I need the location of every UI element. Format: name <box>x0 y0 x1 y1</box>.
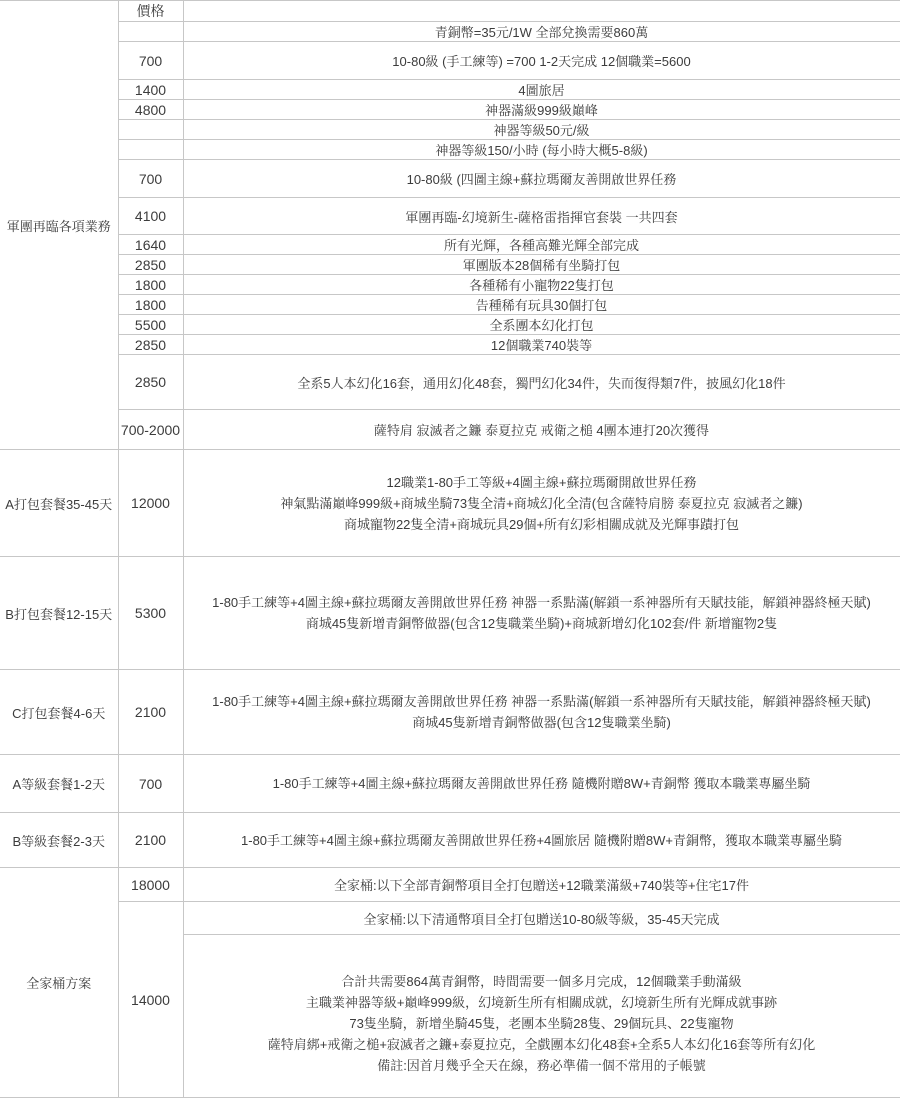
category-cell-family[interactable]: 全家桶方案 <box>0 868 118 1098</box>
price-cell[interactable]: 2850 <box>118 335 183 355</box>
price-cell[interactable]: 14000 <box>118 902 183 1098</box>
price-cell[interactable]: 4100 <box>118 198 183 235</box>
category-cell-level-a[interactable]: A等級套餐1-2天 <box>0 755 118 813</box>
price-cell[interactable]: 700 <box>118 755 183 813</box>
desc-cell[interactable]: 1-80手工練等+4圖主線+蘇拉瑪爾友善開啟世界任務+4圖旅居 隨機附贈8W+青… <box>183 813 900 868</box>
desc-line: 商城45隻新增青銅幣做器(包含12隻職業坐騎) <box>186 712 898 733</box>
price-cell[interactable]: 5500 <box>118 315 183 335</box>
price-cell[interactable]: 4800 <box>118 100 183 120</box>
category-cell-pack-b[interactable]: B打包套餐12-15天 <box>0 557 118 670</box>
category-cell-legion[interactable]: 軍團再臨各項業務 <box>0 1 118 450</box>
desc-line: 1-80手工練等+4圖主線+蘇拉瑪爾友善開啟世界任務+4圖旅居 隨機附贈8W+青… <box>186 830 898 851</box>
price-cell[interactable]: 5300 <box>118 557 183 670</box>
price-header-cell[interactable]: 價格 <box>118 1 183 22</box>
desc-cell[interactable]: 神器等級50元/級 <box>183 120 900 140</box>
desc-line: 主職業神器等級+巔峰999級，幻境新生所有相關成就，幻境新生所有光輝成就事跡 <box>186 992 898 1013</box>
price-cell[interactable]: 1640 <box>118 235 183 255</box>
desc-cell[interactable]: 各種稀有小寵物22隻打包 <box>183 275 900 295</box>
price-cell[interactable]: 700-2000 <box>118 410 183 450</box>
desc-cell[interactable]: 1-80手工練等+4圖主線+蘇拉瑪爾友善開啟世界任務 神器一系點滿(解鎖一系神器… <box>183 670 900 755</box>
desc-line: 備註:因首月幾乎全天在線，務必準備一個不常用的子帳號 <box>186 1055 898 1076</box>
price-cell[interactable]: 2850 <box>118 355 183 410</box>
desc-line: 73隻坐騎，新增坐騎45隻，老團本坐騎28隻、29個玩具、22隻寵物 <box>186 1013 898 1034</box>
desc-cell[interactable]: 全家桶:以下全部青銅幣項目全打包贈送+12職業滿級+740裝等+住宅17件 <box>183 868 900 902</box>
desc-cell[interactable]: 10-80級 (四圖主線+蘇拉瑪爾友善開啟世界任務 <box>183 160 900 198</box>
desc-cell[interactable]: 1-80手工練等+4圖主線+蘇拉瑪爾友善開啟世界任務 隨機附贈8W+青銅幣 獲取… <box>183 755 900 813</box>
desc-cell[interactable]: 全系團本幻化打包 <box>183 315 900 335</box>
desc-cell[interactable]: 全系5人本幻化16套，通用幻化48套，獨門幻化34件，失而復得類7件，披風幻化1… <box>183 355 900 410</box>
price-cell[interactable]: 1400 <box>118 80 183 100</box>
price-cell[interactable] <box>118 120 183 140</box>
price-cell[interactable]: 700 <box>118 42 183 80</box>
desc-cell[interactable]: 青銅幣=35元/1W 全部兌換需要860萬 <box>183 22 900 42</box>
category-cell-pack-c[interactable]: C打包套餐4-6天 <box>0 670 118 755</box>
desc-cell[interactable]: 神器等級150/小時 (每小時大概5-8級) <box>183 140 900 160</box>
price-sheet: 軍團再臨各項業務 價格 青銅幣=35元/1W 全部兌換需要860萬 700 10… <box>0 0 900 1098</box>
price-cell[interactable]: 1800 <box>118 295 183 315</box>
desc-cell[interactable]: 4圖旅居 <box>183 80 900 100</box>
price-cell[interactable]: 18000 <box>118 868 183 902</box>
desc-cell[interactable]: 軍團版本28個稀有坐騎打包 <box>183 255 900 275</box>
desc-line: 12職業1-80手工等級+4圖主線+蘇拉瑪爾開啟世界任務 <box>186 472 898 493</box>
desc-line: 1-80手工練等+4圖主線+蘇拉瑪爾友善開啟世界任務 神器一系點滿(解鎖一系神器… <box>186 691 898 712</box>
desc-cell[interactable]: 10-80級 (手工練等) =700 1-2天完成 12個職業=5600 <box>183 42 900 80</box>
desc-header-cell[interactable] <box>183 1 900 22</box>
desc-cell[interactable]: 12個職業740裝等 <box>183 335 900 355</box>
desc-cell[interactable]: 告種稀有玩具30個打包 <box>183 295 900 315</box>
price-cell[interactable]: 2100 <box>118 813 183 868</box>
desc-line: 1-80手工練等+4圖主線+蘇拉瑪爾友善開啟世界任務 神器一系點滿(解鎖一系神器… <box>186 592 898 613</box>
desc-line: 薩特肩綁+戒衛之槌+寂滅者之鐮+泰夏拉克，全戲團本幻化48套+全系5人本幻化16… <box>186 1034 898 1055</box>
desc-line: 合計共需要864萬青銅幣，時間需要一個多月完成，12個職業手動滿級 <box>186 971 898 992</box>
desc-cell[interactable]: 軍團再臨-幻境新生-薩格雷指揮官套裝 一共四套 <box>183 198 900 235</box>
desc-line: 神氣點滿巔峰999級+商城坐騎73隻全清+商城幻化全清(包含薩特肩膀 泰夏拉克 … <box>186 493 898 514</box>
desc-cell[interactable]: 神器滿級999級巔峰 <box>183 100 900 120</box>
desc-line: 商城寵物22隻全清+商城玩具29個+所有幻彩相關成就及光輝事蹟打包 <box>186 514 898 535</box>
price-cell[interactable]: 2100 <box>118 670 183 755</box>
desc-cell[interactable]: 全家桶:以下清通幣項目全打包贈送10-80級等級，35-45天完成 <box>183 902 900 935</box>
price-cell[interactable]: 2850 <box>118 255 183 275</box>
category-cell-pack-a[interactable]: A打包套餐35-45天 <box>0 450 118 557</box>
desc-cell[interactable]: 12職業1-80手工等級+4圖主線+蘇拉瑪爾開啟世界任務 神氣點滿巔峰999級+… <box>183 450 900 557</box>
desc-line: 1-80手工練等+4圖主線+蘇拉瑪爾友善開啟世界任務 隨機附贈8W+青銅幣 獲取… <box>186 773 898 794</box>
price-cell[interactable]: 12000 <box>118 450 183 557</box>
category-cell-level-b[interactable]: B等級套餐2-3天 <box>0 813 118 868</box>
desc-cell[interactable]: 合計共需要864萬青銅幣，時間需要一個多月完成，12個職業手動滿級 主職業神器等… <box>183 935 900 1098</box>
desc-cell[interactable]: 1-80手工練等+4圖主線+蘇拉瑪爾友善開啟世界任務 神器一系點滿(解鎖一系神器… <box>183 557 900 670</box>
price-cell[interactable]: 700 <box>118 160 183 198</box>
desc-cell[interactable]: 薩特肩 寂滅者之鐮 泰夏拉克 戒衛之槌 4團本連打20次獲得 <box>183 410 900 450</box>
price-cell[interactable] <box>118 140 183 160</box>
price-cell[interactable] <box>118 22 183 42</box>
desc-cell[interactable]: 所有光輝，各種高難光輝全部完成 <box>183 235 900 255</box>
desc-line: 商城45隻新增青銅幣做器(包含12隻職業坐騎)+商城新增幻化102套/件 新增寵… <box>186 613 898 634</box>
price-cell[interactable]: 1800 <box>118 275 183 295</box>
